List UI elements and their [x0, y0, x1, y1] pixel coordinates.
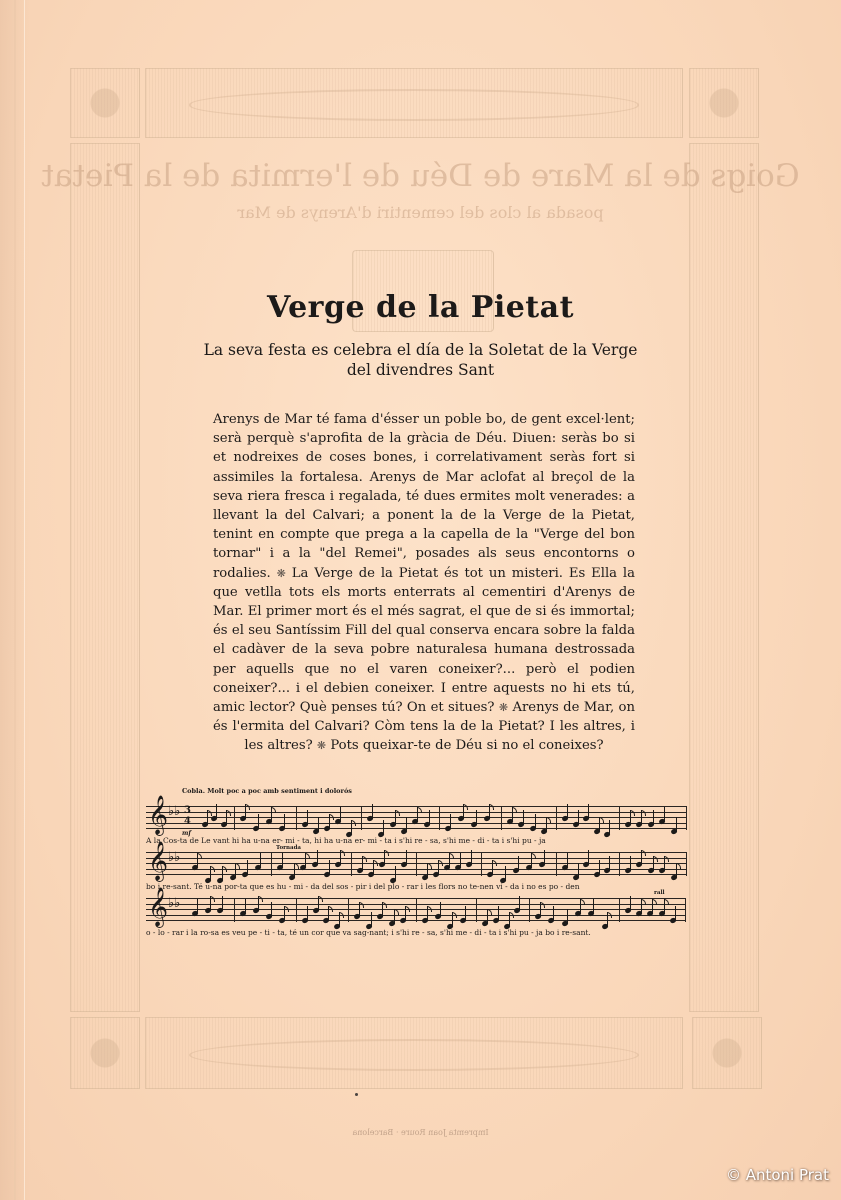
note-flag [395, 810, 400, 816]
note-stem [307, 906, 308, 920]
note-stem [395, 866, 396, 880]
note-flag [384, 850, 389, 856]
bar-line [348, 898, 349, 922]
bar-line [686, 806, 687, 830]
ghost-footer: Impremta Joan Roure · Barcelona [0, 1128, 841, 1137]
note-stem [567, 909, 568, 923]
page-subtitle: La seva festa es celebra el día de la So… [0, 340, 841, 380]
bar-line [351, 852, 352, 876]
bar-line [476, 898, 477, 922]
note-flag [351, 820, 356, 826]
note-flag [463, 804, 468, 810]
bar-line [361, 806, 362, 830]
note-flag [405, 906, 410, 912]
bar-line [234, 898, 235, 922]
note-stem [476, 810, 477, 824]
note-stem [553, 906, 554, 920]
subtitle-line-2: del divendres Sant [0, 360, 841, 380]
treble-clef-icon: 𝄞 [148, 844, 168, 878]
note-stem [630, 896, 631, 910]
key-signature-flats-icon: ♭♭ [168, 896, 180, 911]
rall-marking: rall [654, 890, 665, 896]
frame-corner-bottom-left [70, 1017, 140, 1089]
bar-line [619, 852, 620, 876]
treble-clef-icon: 𝄞 [148, 798, 168, 832]
note-stem [307, 810, 308, 824]
note-flag [210, 866, 215, 872]
note-stem [260, 853, 261, 867]
note-flag [318, 896, 323, 902]
note-flag [492, 860, 497, 866]
note-flag [664, 899, 669, 905]
note-stem [216, 804, 217, 818]
note-stem [465, 906, 466, 920]
note-stem [664, 807, 665, 821]
note-stem [245, 899, 246, 913]
note-stem [518, 856, 519, 870]
note-stem [609, 820, 610, 834]
note-stem [567, 804, 568, 818]
note-flag [512, 807, 517, 813]
print-dot [355, 1093, 358, 1096]
staff-3: 𝄞♭♭ [146, 898, 686, 922]
note-stem [578, 863, 579, 877]
lyrics-line-1: A la Cos-ta de Le vant hi ha u-na er- mi… [146, 836, 686, 845]
body-paragraph: Arenys de Mar té fama d'ésser un poble b… [213, 410, 635, 756]
bar-line [416, 852, 417, 876]
bar-line [416, 898, 417, 922]
ghost-subtitle: posada al clos del cementiri d'Arenys de… [0, 203, 841, 222]
note-stem [523, 810, 524, 824]
note-stem [340, 807, 341, 821]
subtitle-line-1: La seva festa es celebra el día de la So… [0, 340, 841, 360]
note-flag [452, 912, 457, 918]
copyright-watermark: © Antoni Prat [726, 1166, 829, 1184]
note-stem [567, 853, 568, 867]
note-flag [329, 814, 334, 820]
note-stem [535, 814, 536, 828]
note-stem [329, 860, 330, 874]
note-flag [245, 804, 250, 810]
note-flag [226, 810, 231, 816]
time-signature: 34 [184, 805, 191, 827]
note-flag [641, 850, 646, 856]
note-flag [531, 853, 536, 859]
bar-line [296, 898, 297, 922]
body-text-part-2: La Verge de la Pietat és tot un misteri.… [213, 566, 635, 715]
note-stem [578, 810, 579, 824]
staff-2: 𝄞♭♭ [146, 852, 686, 876]
bar-line [296, 806, 297, 830]
frame-side-right [689, 143, 759, 1012]
note-stem [450, 814, 451, 828]
note-flag [427, 906, 432, 912]
section-marking: Tornada [276, 845, 301, 851]
bar-line [556, 852, 557, 876]
frame-corner-bottom-right [692, 1017, 762, 1089]
note-stem [258, 814, 259, 828]
frame-side-left [70, 143, 140, 1012]
note-flag [328, 906, 333, 912]
frame-corner-top-right [689, 68, 759, 138]
ghost-title: Goigs de la Mare de Déu de l'ermita de l… [0, 158, 841, 194]
note-flag [210, 896, 215, 902]
note-flag [271, 807, 276, 813]
note-flag [284, 906, 289, 912]
note-stem [471, 850, 472, 864]
note-stem [593, 899, 594, 913]
note-flag [580, 899, 585, 905]
dynamic-marking: mf [182, 830, 191, 837]
note-stem [247, 860, 248, 874]
bar-line [271, 852, 272, 876]
note-flag [449, 853, 454, 859]
bar-line [685, 898, 686, 922]
frame-band-top [145, 68, 683, 138]
tempo-marking: Cobla. Molt poc a poc amb sentiment i do… [182, 787, 352, 795]
note-stem [271, 902, 272, 916]
note-stem [630, 856, 631, 870]
staff-1: 𝄞♭♭34 [146, 806, 686, 830]
note-stem [282, 853, 283, 867]
bar-line [686, 852, 687, 876]
note-stem [675, 906, 676, 920]
note-stem [676, 817, 677, 831]
note-flag [305, 853, 310, 859]
note-stem [588, 850, 589, 864]
bar-line [501, 806, 502, 830]
note-flag [652, 899, 657, 905]
note-flag [438, 860, 443, 866]
treble-clef-icon: 𝄞 [148, 890, 168, 924]
separator-ornament-icon: ❋ [499, 701, 508, 714]
note-stem [383, 820, 384, 834]
note-flag [641, 899, 646, 905]
bar-line [619, 806, 620, 830]
body-text-part-4: Pots queixar-te de Déu si no el coneixes… [330, 738, 603, 753]
note-stem [519, 896, 520, 910]
note-stem [197, 899, 198, 913]
note-stem [284, 814, 285, 828]
note-stem [406, 850, 407, 864]
key-signature-flats-icon: ♭♭ [168, 804, 180, 819]
note-stem [505, 866, 506, 880]
bar-line [481, 852, 482, 876]
note-stem [544, 850, 545, 864]
note-stem [460, 853, 461, 867]
bar-line [556, 806, 557, 830]
note-flag [509, 912, 514, 918]
page-title: Verge de la Pietat [0, 290, 841, 325]
body-text-part-1: Arenys de Mar té fama d'ésser un poble b… [213, 412, 635, 581]
note-flag [417, 807, 422, 813]
lyrics-line-3: o - lo - rar i la ro-sa es veu pe - ti -… [146, 928, 686, 937]
note-flag [339, 912, 344, 918]
note-stem [406, 817, 407, 831]
note-flag [222, 866, 227, 872]
note-flag [607, 912, 612, 918]
bar-line [234, 806, 235, 830]
separator-ornament-icon: ❋ [277, 567, 286, 580]
frame-band-bottom [145, 1017, 683, 1089]
note-flag [373, 860, 378, 866]
note-flag [258, 896, 263, 902]
note-stem [440, 902, 441, 916]
note-stem [588, 804, 589, 818]
note-stem [371, 912, 372, 926]
note-stem [498, 906, 499, 920]
bar-line [529, 898, 530, 922]
note-flag [197, 853, 202, 859]
key-signature-flats-icon: ♭♭ [168, 850, 180, 865]
note-stem [317, 850, 318, 864]
bar-line [439, 806, 440, 830]
bar-line [619, 898, 620, 922]
note-stem [653, 810, 654, 824]
note-flag [489, 804, 494, 810]
note-stem [222, 896, 223, 910]
note-stem [372, 804, 373, 818]
note-stem [599, 860, 600, 874]
note-stem [429, 810, 430, 824]
note-stem [318, 817, 319, 831]
lyrics-line-2: bo i re-sant. Té u-na por-ta que es hu -… [146, 882, 686, 891]
note-flag [340, 850, 345, 856]
note-flag [653, 856, 658, 862]
frame-corner-top-left [70, 68, 140, 138]
note-stem [609, 856, 610, 870]
separator-ornament-icon: ❋ [317, 739, 326, 752]
